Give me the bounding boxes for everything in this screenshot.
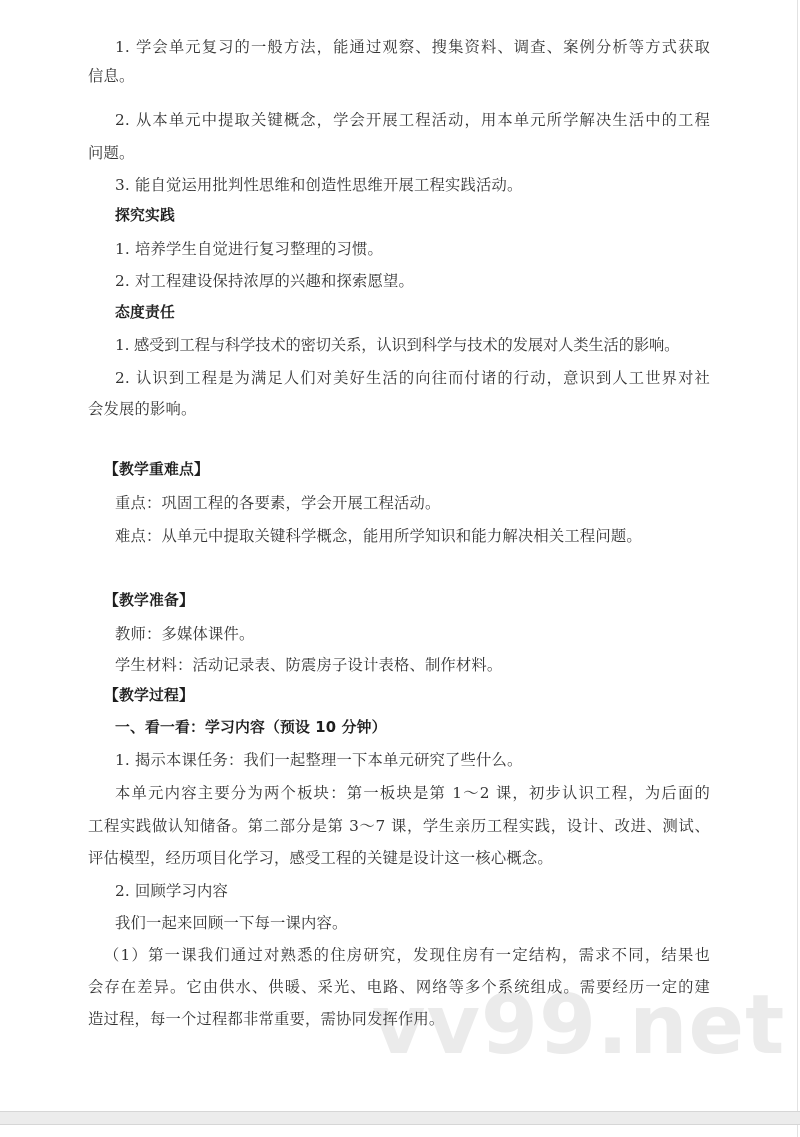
overview-line-2: 工程实践做认知储备。第二部分是第 3～7 课，学生亲历工程实践，设计、改进、测试… xyxy=(88,816,710,836)
section-heading-key-points: 【教学重难点】 xyxy=(104,460,726,480)
objective-item-1: 1. 学会单元复习的一般方法，能通过观察、搜集资料、调查、案例分析等方式获取 xyxy=(115,37,710,57)
process-section-1-title: 一、看一看：学习内容（预设 10 分钟） xyxy=(115,718,710,738)
objective-item-1-cont: 信息。 xyxy=(88,66,710,86)
section-heading-inquiry: 探究实践 xyxy=(115,206,710,226)
inquiry-item-2: 2. 对工程建设保持浓厚的兴趣和探索愿望。 xyxy=(115,271,710,291)
lesson1-line-1: （1）第一课我们通过对熟悉的住房研究，发现住房有一定结构，需求不同，结果也 xyxy=(104,945,710,965)
section-heading-process: 【教学过程】 xyxy=(104,686,726,706)
lesson1-line-2: 会存在差异。它由供水、供暖、采光、电路、网络等多个系统组成。需要经历一定的建 xyxy=(88,977,710,997)
objective-item-2-cont: 问题。 xyxy=(88,143,710,163)
process-step-2: 2. 回顾学习内容 xyxy=(115,881,710,901)
preparation-teacher: 教师：多媒体课件。 xyxy=(115,624,710,644)
page-separator xyxy=(0,1111,800,1125)
inquiry-item-1: 1. 培养学生自觉进行复习整理的习惯。 xyxy=(115,239,710,259)
preparation-student: 学生材料：活动记录表、防震房子设计表格、制作材料。 xyxy=(115,655,710,675)
attitude-item-2-cont: 会发展的影响。 xyxy=(88,399,710,419)
attitude-item-2: 2. 认识到工程是为满足人们对美好生活的向往而付诸的行动，意识到人工世界对社 xyxy=(115,368,710,388)
overview-line-1: 本单元内容主要分为两个板块：第一板块是第 1～2 课，初步认识工程，为后面的 xyxy=(115,783,710,803)
process-step-1: 1. 揭示本课任务：我们一起整理一下本单元研究了些什么。 xyxy=(115,750,710,770)
section-heading-preparation: 【教学准备】 xyxy=(104,591,726,611)
lesson1-line-3: 造过程，每一个过程都非常重要，需协同发挥作用。 xyxy=(88,1009,710,1029)
attitude-item-1: 1. 感受到工程与科学技术的密切关系，认识到科学与技术的发展对人类生活的影响。 xyxy=(115,335,710,355)
review-intro: 我们一起来回顾一下每一课内容。 xyxy=(115,913,710,933)
overview-line-3: 评估模型，经历项目化学习，感受工程的关键是设计这一核心概念。 xyxy=(88,848,710,868)
section-heading-attitude: 态度责任 xyxy=(115,303,710,323)
objective-item-3: 3. 能自觉运用批判性思维和创造性思维开展工程实践活动。 xyxy=(115,175,710,195)
key-point-focus: 重点：巩固工程的各要素，学会开展工程活动。 xyxy=(115,493,710,513)
next-page-top xyxy=(0,1125,798,1137)
key-point-difficulty: 难点：从单元中提取关键科学概念，能用所学知识和能力解决相关工程问题。 xyxy=(115,526,710,546)
objective-item-2: 2. 从本单元中提取关键概念，学会开展工程活动，用本单元所学解决生活中的工程 xyxy=(115,110,710,130)
